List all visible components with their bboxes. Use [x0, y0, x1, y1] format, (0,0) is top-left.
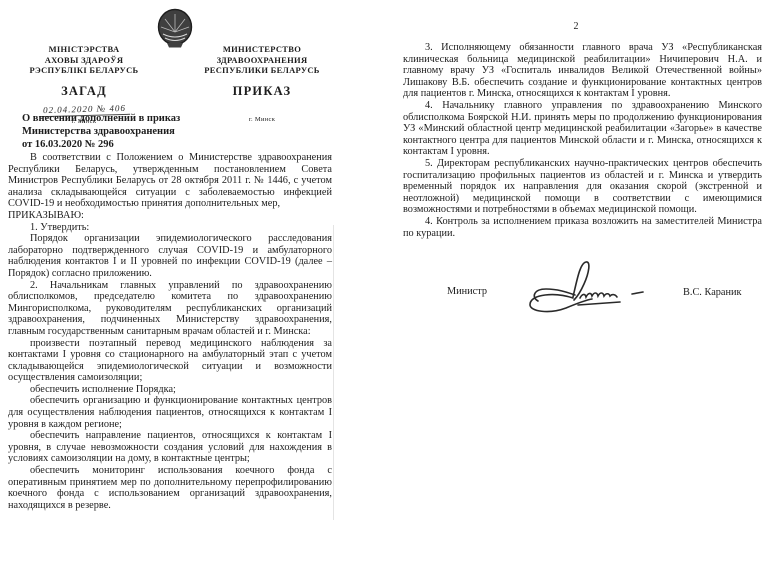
doc-type-prikaz: ПРИКАЗ — [186, 84, 338, 99]
signer-name: В.С. Караник — [683, 287, 742, 298]
paragraph-prikazyvayu: ПРИКАЗЫВАЮ: — [8, 210, 332, 222]
page-1-body: В соответствии с Положением о Министерст… — [8, 152, 332, 511]
doc-type-zagad: ЗАГАД — [14, 84, 154, 99]
paragraph: обеспечить направление пациентов, относя… — [8, 430, 332, 465]
ministry-name-ru: МИНИСТЕРСТВО ЗДРАВООХРАНЕНИЯ РЕСПУБЛИКИ … — [186, 44, 338, 76]
paragraph: 3. Исполняющему обязанности главного вра… — [403, 42, 762, 100]
paragraph: 5. Директорам республиканских научно-пра… — [403, 158, 762, 216]
paragraph: В соответствии с Положением о Министерст… — [8, 152, 332, 210]
page-number: 2 — [384, 21, 768, 32]
ministry-name-by: МІНІСТЭРСТВА АХОВЫ ЗДАРОЎЯ РЭСПУБЛІКІ БЕ… — [14, 44, 154, 76]
minister-signature-icon — [526, 256, 650, 323]
paragraph: обеспечить исполнение Порядка; — [8, 384, 332, 396]
page-2-body: 3. Исполняющему обязанности главного вра… — [403, 42, 762, 239]
paragraph: 2. Начальникам главных управлений по здр… — [8, 280, 332, 338]
page-1: МІНІСТЭРСТВА АХОВЫ ЗДАРОЎЯ РЭСПУБЛІКІ БЕ… — [0, 0, 384, 567]
paragraph: 1. Утвердить: — [8, 222, 332, 234]
paragraph: произвести поэтапный перевод медицинског… — [8, 338, 332, 384]
paragraph: 4. Контроль за исполнением приказа возло… — [403, 216, 762, 239]
paragraph: Порядок организации эпидемиологического … — [8, 233, 332, 279]
signer-title: Министр — [447, 286, 487, 297]
page-scan-edge — [333, 225, 334, 520]
order-subject: О внесении дополнений в приказ Министерс… — [22, 112, 232, 151]
page-2: 2 3. Исполняющему обязанности главного в… — [384, 0, 768, 567]
paragraph: обеспечить мониторинг использования коеч… — [8, 465, 332, 511]
scanned-order-document: МІНІСТЭРСТВА АХОВЫ ЗДАРОЎЯ РЭСПУБЛІКІ БЕ… — [0, 0, 768, 567]
paragraph: обеспечить организацию и функционировани… — [8, 395, 332, 430]
paragraph: 4. Начальнику главного управления по здр… — [403, 100, 762, 158]
